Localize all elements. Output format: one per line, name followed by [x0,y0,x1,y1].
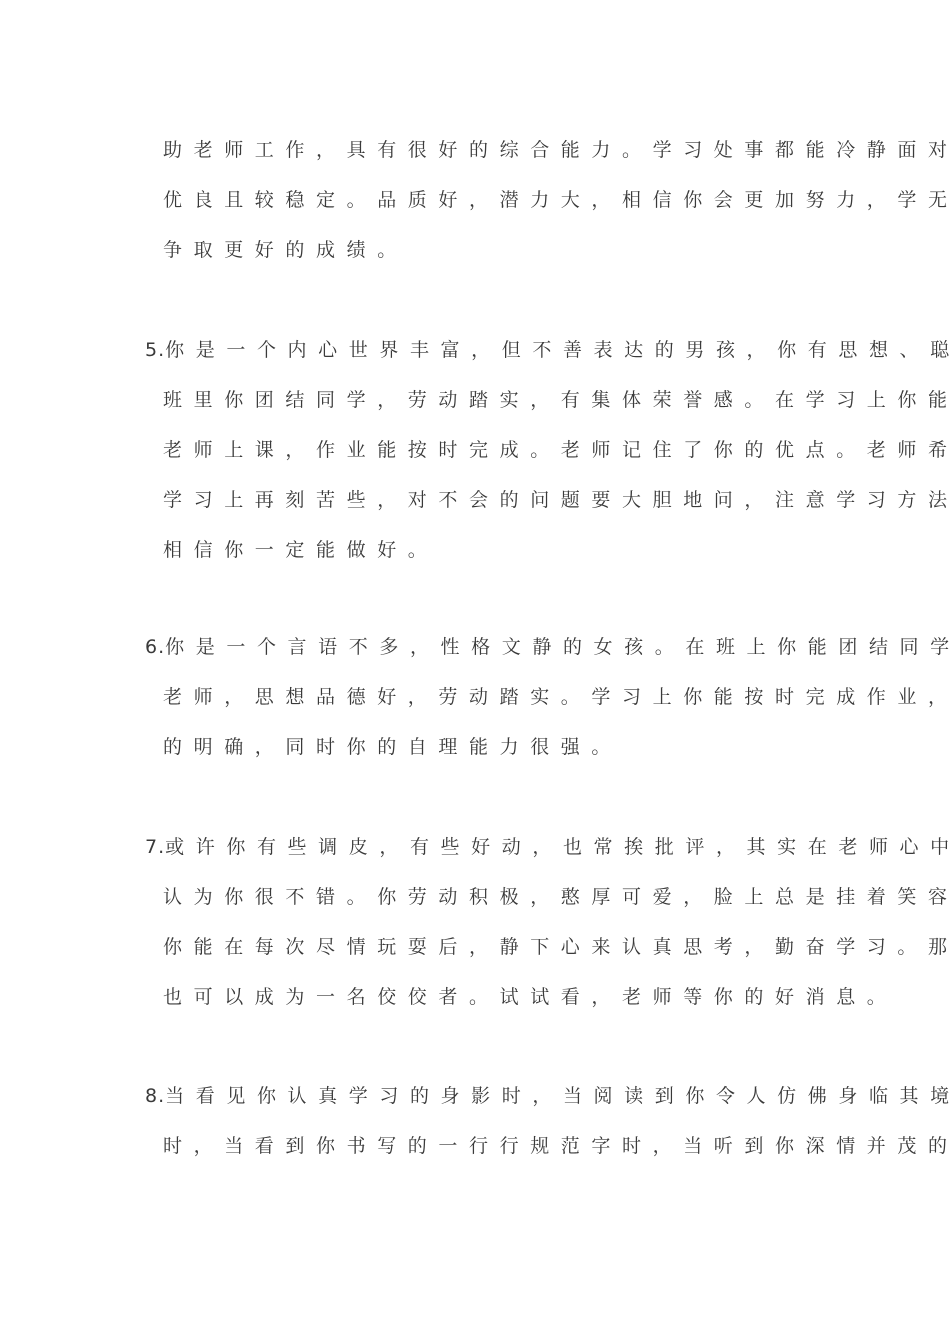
text-line: 也可以成为一名佼佼者。试试看，老师等你的好消息。 [145,972,805,1022]
text-line: 5.你是一个内心世界丰富，但不善表达的男孩，你有思想、聪明。在 [145,325,805,375]
text-line: 老师，思想品德好，劳动踏实。学习上你能按时完成作业，学习目 [145,672,805,722]
text-line: 助老师工作，具有很好的综合能力。学习处事都能冷静面对，成绩 [145,125,805,175]
text-line: 学习上再刻苦些，对不会的问题要大胆地问，注意学习方法。老师 [145,475,805,525]
text-line: 班里你团结同学，劳动踏实，有集体荣誉感。在学习上你能认真听 [145,375,805,425]
text-line: 老师上课，作业能按时完成。老师记住了你的优点。老师希望你在 [145,425,805,475]
text-line: 时，当看到你书写的一行行规范字时，当听到你深情并茂的朗读时， [145,1121,805,1171]
item-number: 8. [145,1085,165,1107]
text-line: 你能在每次尽情玩耍后，静下心来认真思考，勤奋学习。那么，你 [145,922,805,972]
text-line: 的明确，同时你的自理能力很强。 [145,722,805,772]
paragraph-6: 6.你是一个言语不多，性格文静的女孩。在班上你能团结同学，尊重 老师，思想品德好… [145,622,805,772]
line-text: 当看见你认真学习的身影时，当阅读到你令人仿佛身临其境的佳作 [165,1085,950,1107]
text-line: 争取更好的成绩。 [145,225,805,275]
text-line: 认为你很不错。你劳动积极，憨厚可爱，脸上总是挂着笑容。如果 [145,872,805,922]
text-line: 6.你是一个言语不多，性格文静的女孩。在班上你能团结同学，尊重 [145,622,805,672]
item-number: 6. [145,636,165,658]
paragraph-5: 5.你是一个内心世界丰富，但不善表达的男孩，你有思想、聪明。在 班里你团结同学，… [145,325,805,575]
document-page: 助老师工作，具有很好的综合能力。学习处事都能冷静面对，成绩 优良且较稳定。品质好… [0,0,950,1344]
text-line: 7.或许你有些调皮，有些好动，也常挨批评，其实在老师心中，一直 [145,822,805,872]
item-number: 7. [145,836,165,858]
line-text: 你是一个内心世界丰富，但不善表达的男孩，你有思想、聪明。在 [165,339,950,361]
text-line: 优良且较稳定。品质好，潜力大，相信你会更加努力，学无止境， [145,175,805,225]
paragraph-8: 8.当看见你认真学习的身影时，当阅读到你令人仿佛身临其境的佳作 时，当看到你书写… [145,1071,805,1171]
paragraph-continuation: 助老师工作，具有很好的综合能力。学习处事都能冷静面对，成绩 优良且较稳定。品质好… [145,125,805,275]
text-line: 8.当看见你认真学习的身影时，当阅读到你令人仿佛身临其境的佳作 [145,1071,805,1121]
text-line: 相信你一定能做好。 [145,525,805,575]
line-text: 你是一个言语不多，性格文静的女孩。在班上你能团结同学，尊重 [165,636,950,658]
line-text: 或许你有些调皮，有些好动，也常挨批评，其实在老师心中，一直 [165,836,950,858]
paragraph-7: 7.或许你有些调皮，有些好动，也常挨批评，其实在老师心中，一直 认为你很不错。你… [145,822,805,1022]
item-number: 5. [145,339,165,361]
